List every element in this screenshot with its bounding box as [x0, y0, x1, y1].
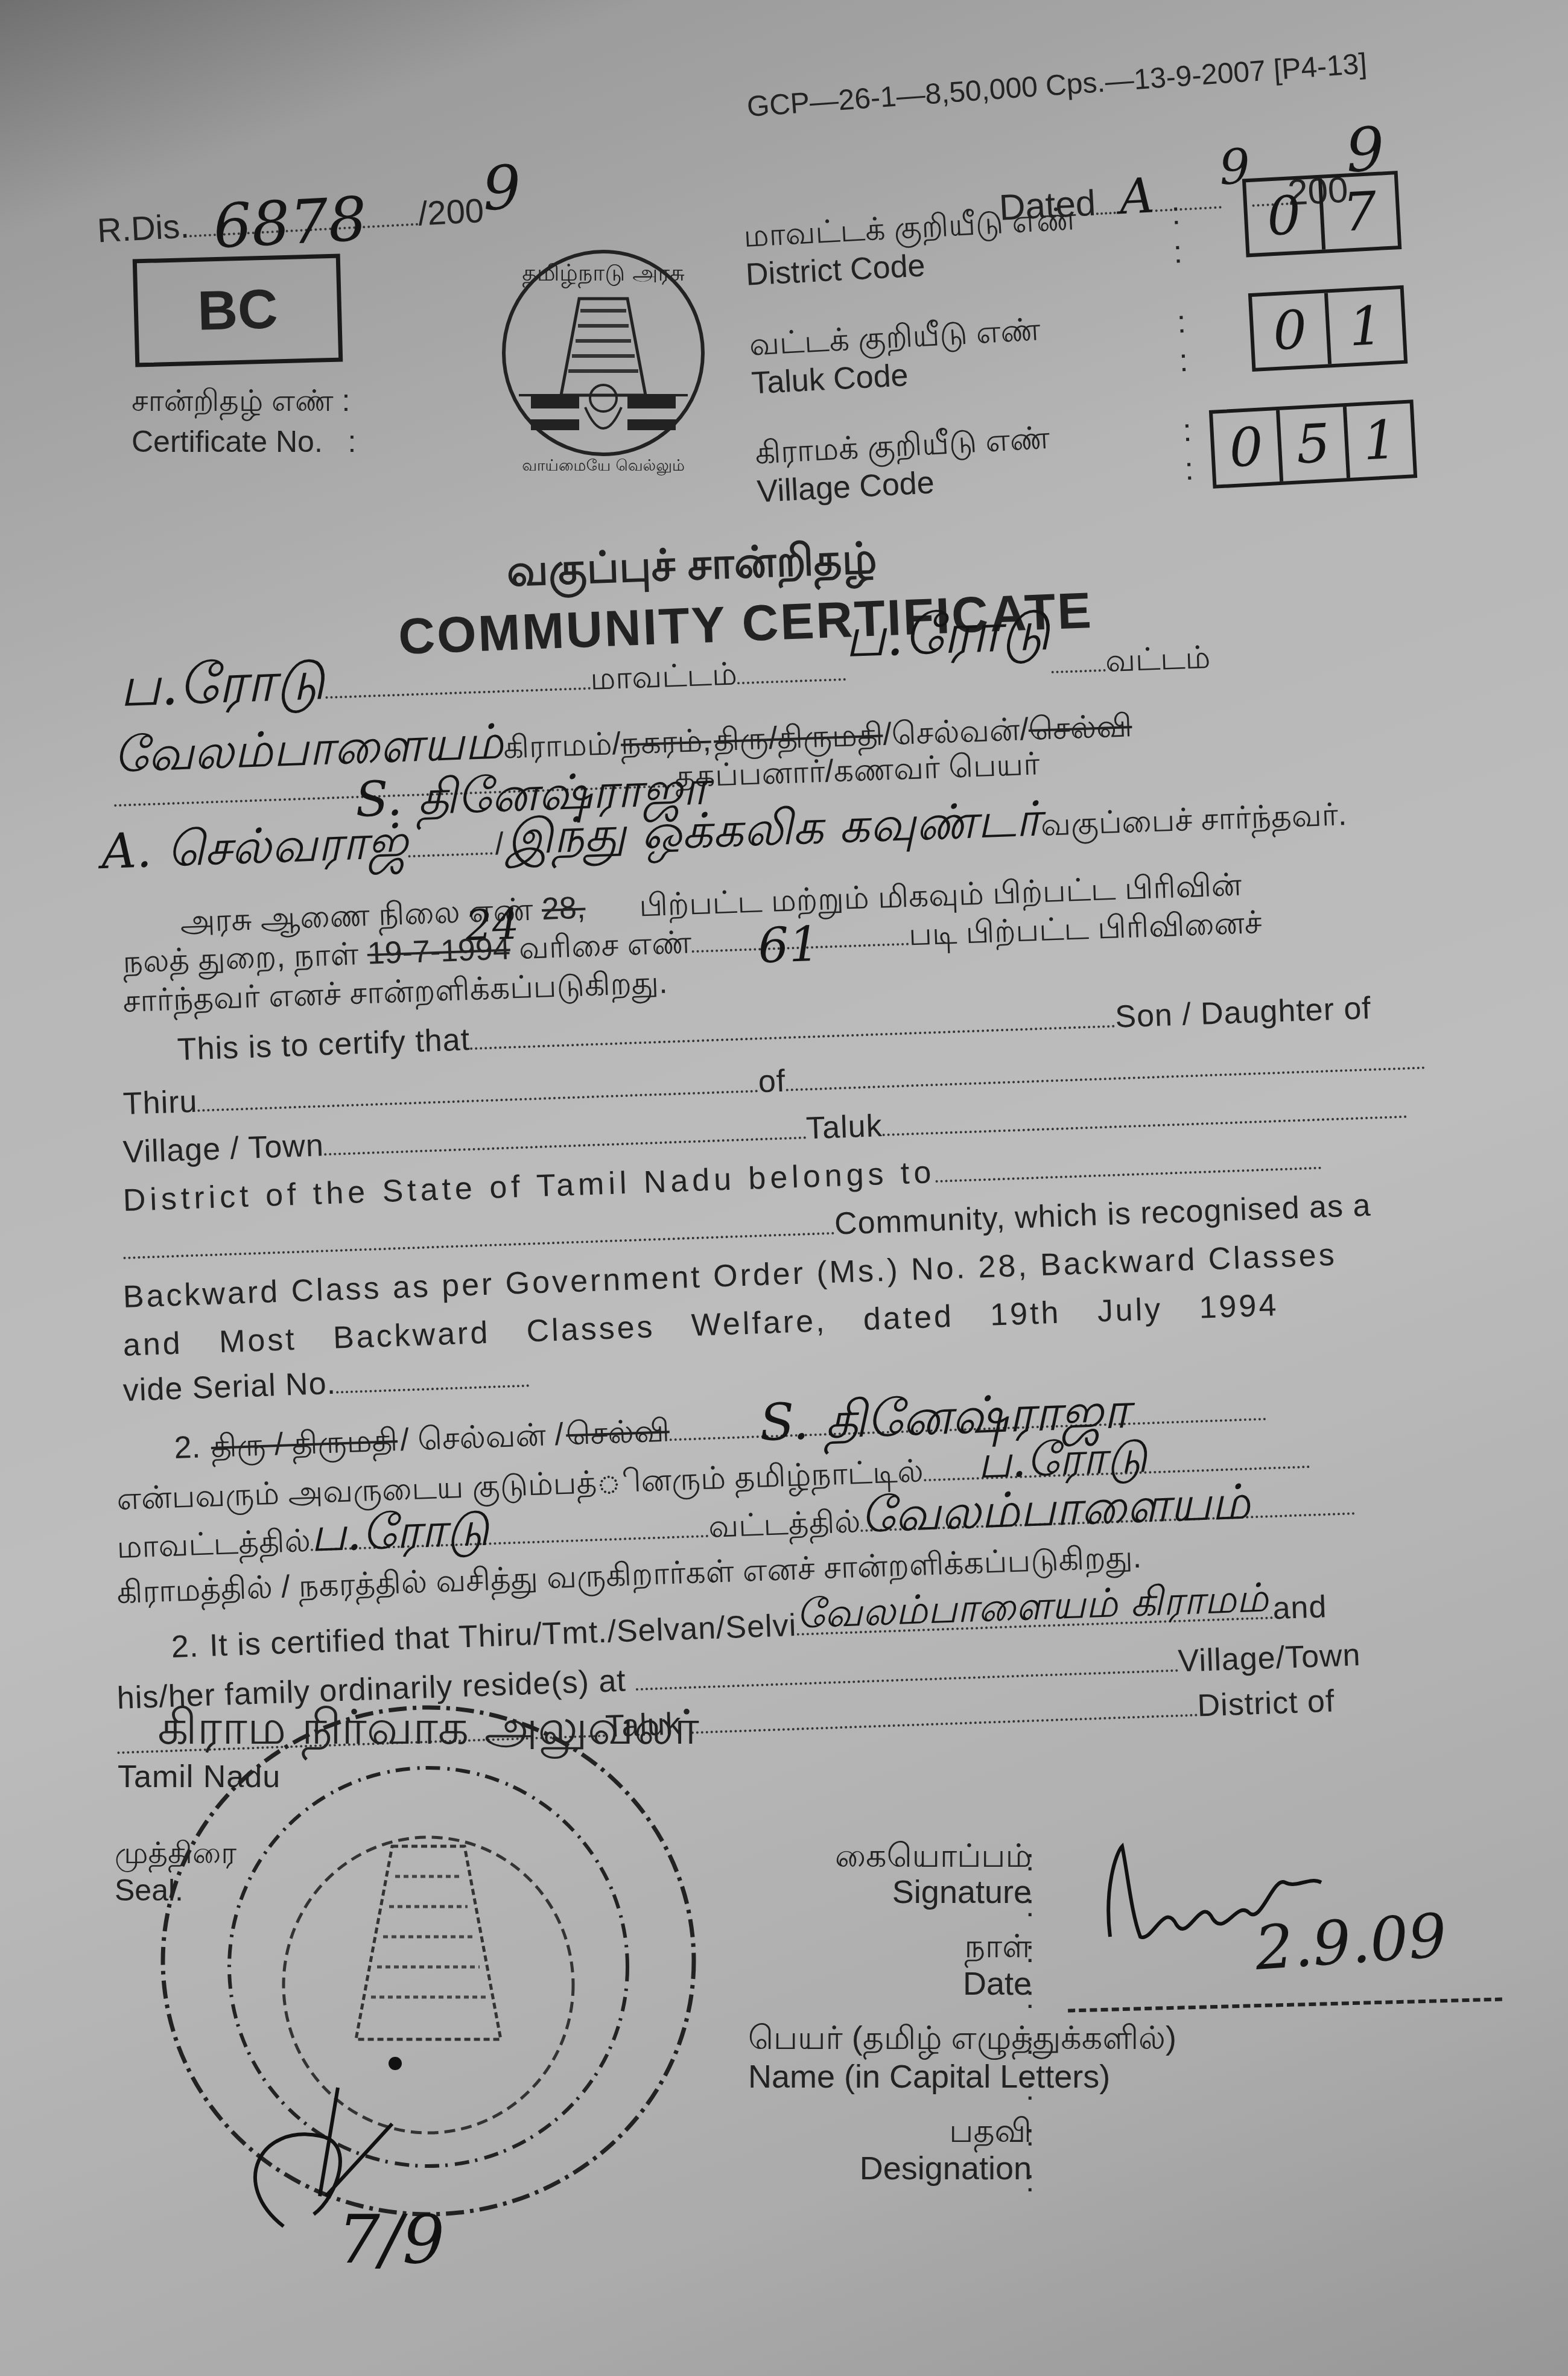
en-line-8: vide Serial No.: [122, 1359, 530, 1409]
en-text: Son / Daughter of: [1114, 991, 1371, 1035]
colon: :: [342, 384, 351, 418]
ta-text: வட்டத்தில்: [708, 1504, 861, 1545]
go-number-struck: 28,: [541, 891, 586, 927]
category-box: BC: [133, 254, 343, 367]
date-line: [1068, 1998, 1502, 2013]
date-label-en: Date: [748, 1965, 1032, 2019]
name-label-ta: பெயர் (தமிழ் எழுத்துக்களில்): [748, 2019, 1032, 2058]
en-text: Village / Town: [122, 1128, 325, 1170]
en-text: Community, which is recognised as a: [834, 1188, 1371, 1242]
rdis-label: R.Dis.: [97, 206, 191, 249]
thiru-struck: திரு / திருமதி: [211, 1423, 398, 1464]
colon: ::: [1182, 411, 1195, 489]
en-text: vide Serial No.: [122, 1366, 337, 1408]
colon: ::: [1176, 303, 1189, 381]
rdis-field: R.Dis.6878/2009: [95, 164, 523, 257]
selvan-label: / செல்வன் /: [399, 1417, 563, 1458]
en-text: This is to certify that: [177, 1022, 471, 1067]
rdis-number: 6878: [212, 183, 369, 262]
district-fill: ப.ரோடு: [118, 647, 326, 719]
signature-colons: : : : : : : : :: [1026, 1837, 1034, 2204]
en-text: District of: [1197, 1684, 1336, 1724]
certificate-page: GCP—26-1—8,50,000 Cps.—13-9-2007 [P4-13]…: [0, 0, 1568, 2376]
code-digit: 1: [1324, 289, 1404, 364]
ta-text: மாவட்டத்தில்: [116, 1523, 311, 1565]
en-text: Village/Town: [1178, 1637, 1362, 1679]
en-text: and: [1272, 1589, 1328, 1626]
certificate-no-en: Certificate No.: [132, 425, 323, 459]
colon: :: [1026, 1975, 1034, 2021]
code-digit: 0: [1246, 179, 1322, 253]
selvi-struck: செல்வி: [1028, 708, 1133, 747]
taluk-fill: ப.ரோடு: [843, 598, 1051, 670]
en-text: of: [758, 1064, 786, 1100]
en-text: It is certified that Thiru/Tmt./Selvan/S…: [209, 1608, 797, 1663]
selvan-label: /செல்வன்/: [882, 712, 1029, 752]
town-label-struck: நகரம்,: [620, 723, 712, 761]
designation-label-en: Designation: [748, 2150, 1032, 2198]
dated-day: A: [1118, 167, 1156, 225]
rdis-year-prefix: /200: [417, 191, 484, 233]
svg-text:கிராம நிர்வாக அலுவலர்: கிராம நிர்வாக அலுவலர்: [157, 1701, 699, 1761]
en-text: Taluk: [805, 1108, 883, 1146]
signature-date: 2.9.09: [1252, 1900, 1449, 1984]
certificate-number-label: சான்றிதழ் எண் : Certificate No. :: [132, 380, 356, 462]
go-text: வரிசை எண்: [518, 925, 692, 966]
code-digit: 1: [1343, 404, 1414, 478]
district-code-row: மாவட்டக் குறியீடு எண்District Code :: 0 …: [742, 205, 747, 314]
village-code-boxes: 0 5 1: [1209, 399, 1417, 489]
serial-fill: 61: [757, 916, 821, 974]
district-code-boxes: 0 7: [1242, 171, 1401, 257]
signature-label-en: Signature: [748, 1873, 1032, 1928]
svg-text:தமிழ்நாடு அரசு: தமிழ்நாடு அரசு: [522, 259, 685, 288]
en-text: Thiru: [122, 1084, 198, 1122]
village-label: கிராமம்/: [503, 726, 621, 766]
code-digit: 7: [1318, 174, 1398, 249]
taluk-label: வட்டம்: [1105, 640, 1211, 679]
code-digit: 0: [1252, 293, 1328, 368]
official-seal-stamp-icon: கிராம நிர்வாக அலுவலர் 7/9: [139, 1701, 712, 2275]
name-fill: A. செல்வராஜ்: [100, 813, 408, 880]
taluk-code-boxes: 0 1: [1248, 285, 1408, 372]
taluk-code-row: வட்டக் குறியீடு எண்Taluk Code :: 0 1: [747, 314, 753, 422]
colon: :: [1026, 2112, 1034, 2158]
para-number: 2.: [174, 1430, 201, 1466]
go-date-struck: 19-7-1994: [367, 932, 511, 971]
village-fill: வேலம்பாளையம்: [859, 1473, 1251, 1549]
go-text: நலத் துறை, நாள்: [122, 936, 360, 980]
colon: :: [1026, 2066, 1034, 2112]
colon: :: [1026, 1883, 1034, 1929]
colon: :: [348, 425, 356, 459]
signature-label-ta: கையொப்பம்: [748, 1837, 1032, 1873]
colon: :: [1026, 2021, 1034, 2066]
selvi-struck: செல்வி: [565, 1413, 670, 1452]
colon: :: [1026, 1929, 1034, 1975]
village-code-row: கிராமக் குறியீடு எண்Village Code :: 0 5 …: [754, 422, 759, 531]
colon: :: [1026, 1837, 1034, 1883]
signature-labels: கையொப்பம் Signature நாள் Date பெயர் (தமி…: [748, 1837, 1032, 2198]
print-reference: GCP—26-1—8,50,000 Cps.—13-9-2007 [P4-13]: [746, 47, 1368, 124]
designation-label-ta: பதவி: [748, 2112, 1032, 2150]
colon: :: [1026, 2158, 1034, 2204]
name-label-en: Name (in Capital Letters): [748, 2058, 1032, 2112]
date-label-ta: நாள்: [748, 1928, 1032, 1965]
code-digit: 0: [1213, 410, 1280, 484]
district-fill: ப.ரோடு: [309, 1501, 490, 1569]
district-label: மாவட்டம்: [589, 656, 737, 696]
para-number: 2.: [171, 1628, 199, 1665]
community-label: வகுப்பைச் சார்ந்தவர்.: [1040, 797, 1347, 843]
svg-text:வாய்மையே வெல்லும்: வாய்மையே வெல்லும்: [522, 457, 685, 475]
code-digit: 5: [1276, 407, 1347, 481]
certificate-no-ta: சான்றிதழ் எண்: [132, 384, 334, 418]
rdis-year-suffix: 9: [481, 152, 523, 224]
location-codes: மாவட்டக் குறியீடு எண்District Code :: 0 …: [742, 205, 759, 530]
svg-text:7/9: 7/9: [338, 2201, 445, 2275]
tamil-nadu-emblem-icon: தமிழ்நாடு அரசு வாய்மையே வெல்லும்: [495, 244, 712, 480]
